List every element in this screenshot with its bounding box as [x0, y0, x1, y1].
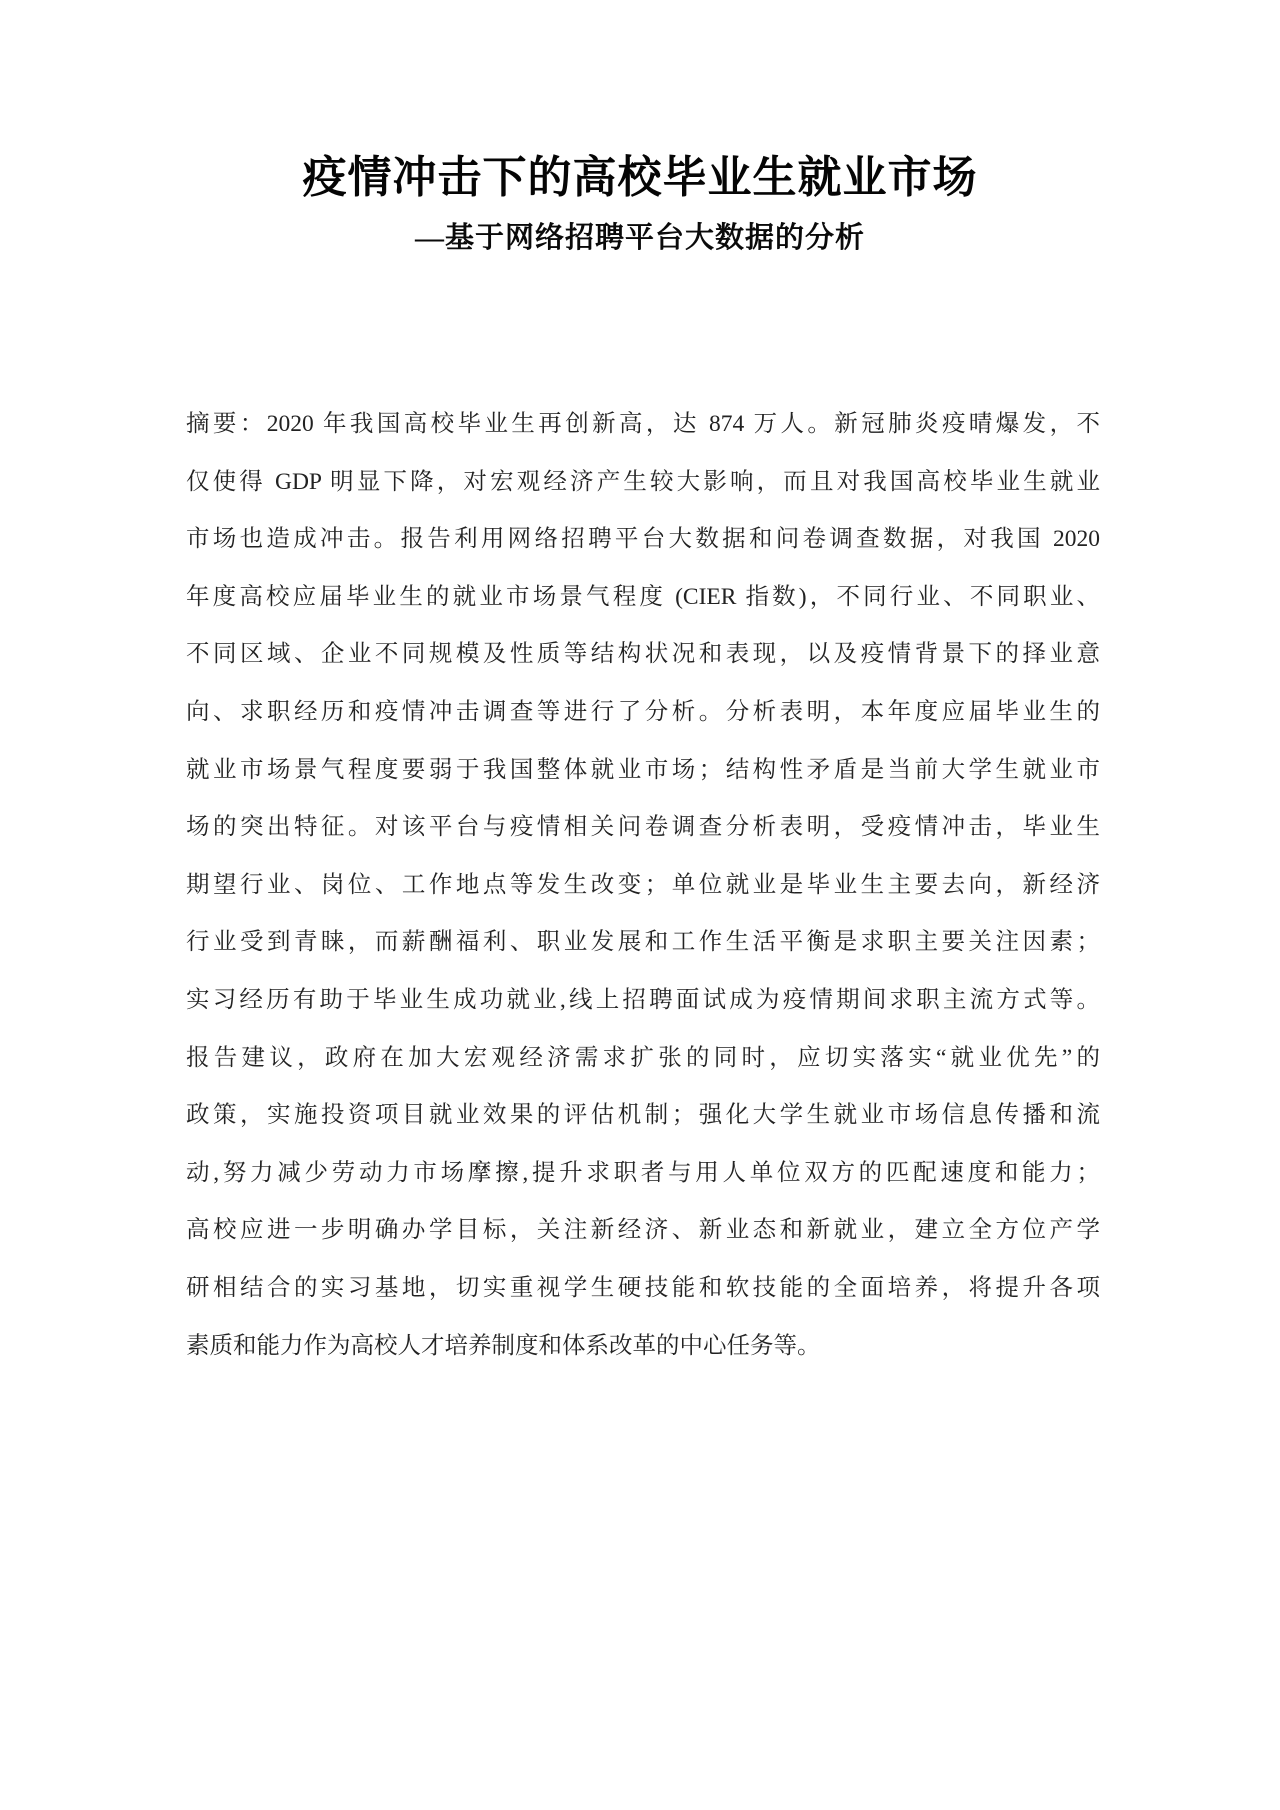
abstract-line: 向、求职经历和疫情冲击调查等进行了分析。分析表明，本年度应届毕业生的 [186, 684, 1100, 742]
abstract-line: 报告建议，政府在加大宏观经济需求扩张的同时，应切实落实“就业优先”的 [186, 1030, 1100, 1088]
abstract-line: 仅使得 GDP 明显下降，对宏观经济产生较大影响，而且对我国高校毕业生就业 [186, 454, 1100, 512]
document-page: 疫情冲击下的高校毕业生就业市场 —基于网络招聘平台大数据的分析 摘要：2020 … [0, 0, 1280, 1810]
abstract-line: 年度高校应届毕业生的就业市场景气程度 (CIER 指数)，不同行业、不同职业、 [186, 569, 1100, 627]
page-title: 疫情冲击下的高校毕业生就业市场 [0, 0, 1280, 205]
abstract-line: 就业市场景气程度要弱于我国整体就业市场；结构性矛盾是当前大学生就业市 [186, 742, 1100, 800]
abstract-line: 摘要：2020 年我国高校毕业生再创新高，达 874 万人。新冠肺炎疫晴爆发，不 [186, 396, 1100, 454]
abstract-line: 市场也造成冲击。报告利用网络招聘平台大数据和问卷调查数据，对我国 2020 [186, 511, 1100, 569]
abstract-line: 期望行业、岗位、工作地点等发生改变；单位就业是毕业生主要去向，新经济 [186, 857, 1100, 915]
page-subtitle: —基于网络招聘平台大数据的分析 [0, 205, 1280, 256]
abstract-line: 高校应进一步明确办学目标，关注新经济、新业态和新就业，建立全方位产学 [186, 1202, 1100, 1260]
abstract-line: 政策，实施投资项目就业效果的评估机制；强化大学生就业市场信息传播和流 [186, 1087, 1100, 1145]
abstract-line: 不同区域、企业不同规模及性质等结构状况和表现，以及疫情背景下的择业意 [186, 626, 1100, 684]
abstract-line: 实习经历有助于毕业生成功就业,线上招聘面试成为疫情期间求职主流方式等。 [186, 972, 1100, 1030]
abstract-line: 行业受到青睐，而薪酬福利、职业发展和工作生活平衡是求职主要关注因素； [186, 914, 1100, 972]
abstract-line: 素质和能力作为高校人才培养制度和体系改革的中心任务等。 [186, 1318, 1100, 1376]
abstract-paragraph: 摘要：2020 年我国高校毕业生再创新高，达 874 万人。新冠肺炎疫晴爆发，不… [186, 396, 1100, 1375]
abstract-line: 动,努力减少劳动力市场摩擦,提升求职者与用人单位双方的匹配速度和能力； [186, 1145, 1100, 1203]
abstract-line: 场的突出特征。对该平台与疫情相关问卷调查分析表明，受疫情冲击，毕业生 [186, 799, 1100, 857]
abstract-line: 研相结合的实习基地，切实重视学生硬技能和软技能的全面培养，将提升各项 [186, 1260, 1100, 1318]
